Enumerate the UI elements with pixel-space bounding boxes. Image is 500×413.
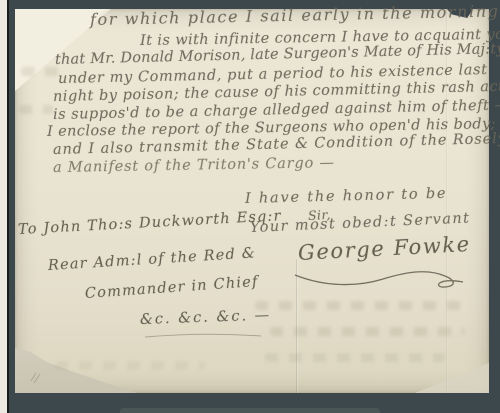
address-etcetera: &c. &c. &c. — <box>140 307 272 328</box>
address-title: Commander in Chief <box>84 274 259 302</box>
scanner-edge-line <box>7 0 9 413</box>
signature-flourish <box>291 267 469 297</box>
background-highlight <box>120 408 380 413</box>
ink-bleedthrough <box>265 353 445 362</box>
scanned-letter-photograph: for which place I sail early in the morn… <box>0 0 500 413</box>
pencil-mark <box>29 371 43 385</box>
closing-servant-line: Your most obed:t Servant <box>250 210 471 236</box>
address-recipient: To John Tho:s Duckworth Esq:r <box>18 208 283 238</box>
scanner-edge-strip <box>0 0 7 413</box>
letter-page: for which place I sail early in the morn… <box>15 9 489 393</box>
ink-bleedthrough <box>55 361 205 370</box>
ink-bleedthrough <box>21 67 61 76</box>
address-rank: Rear Adm:l of the Red & <box>48 245 257 274</box>
ink-bleedthrough <box>255 301 465 310</box>
closing-honor-line: I have the honor to be <box>245 186 448 207</box>
worn-corner-bottom-right <box>415 363 489 393</box>
letter-line: for which place I sail early in the morn… <box>90 1 500 29</box>
ink-bleedthrough <box>19 105 53 114</box>
etcetera-underline <box>143 331 263 341</box>
letter-line: a Manifest of the Triton's Cargo — <box>53 155 335 176</box>
ink-bleedthrough <box>270 327 465 336</box>
